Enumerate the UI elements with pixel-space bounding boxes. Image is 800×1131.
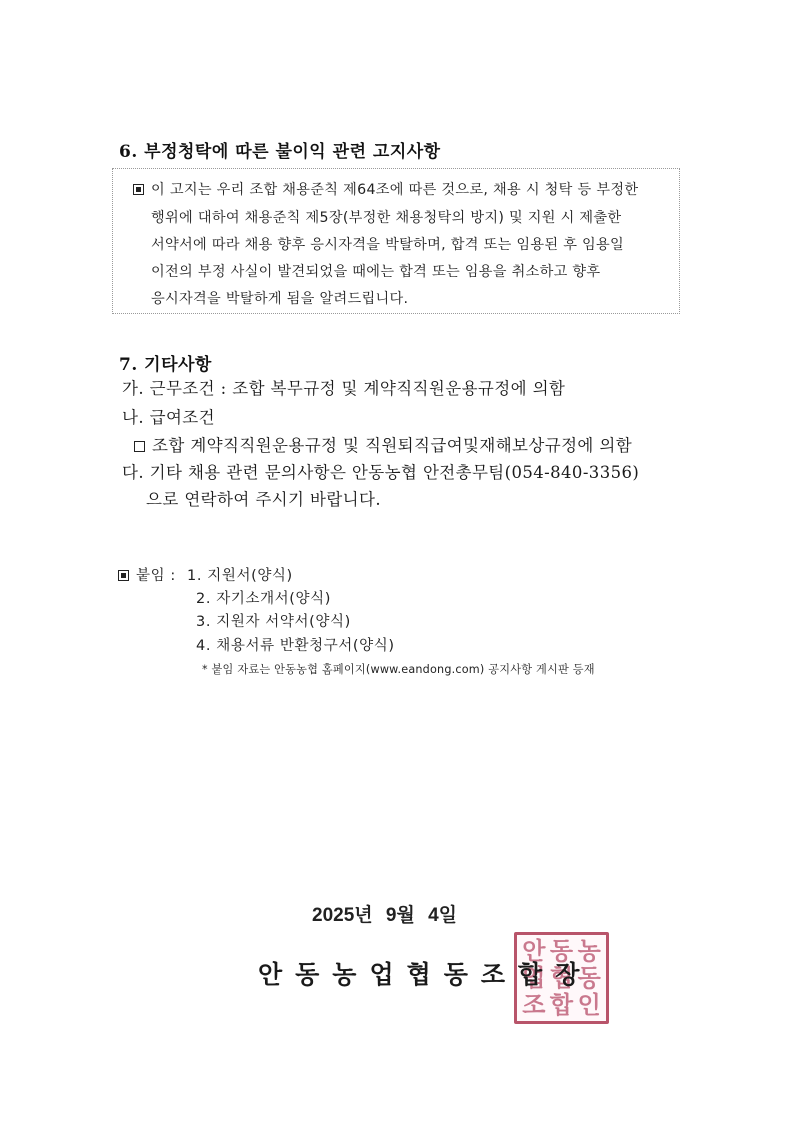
attachment-2: 2. 자기소개서(양식): [196, 587, 331, 608]
attachment-4: 4. 채용서류 반환청구서(양식): [196, 634, 395, 655]
item-da-cont: 으로 연락하여 주시기 바랍니다.: [146, 486, 381, 510]
section-7-title: 7. 기타사항: [119, 350, 212, 375]
notice-line-3: 서약서에 따라 채용 향후 응시자격을 박탈하며, 합격 또는 임용된 후 임용…: [151, 234, 624, 254]
filled-square-bullet-icon: [133, 184, 144, 195]
attachment-3: 3. 지원자 서약서(양식): [196, 610, 351, 631]
item-na: 나. 급여조건: [122, 404, 215, 428]
section-6-title: 6. 부정청탁에 따른 불이익 관련 고지사항: [119, 137, 441, 162]
attachments-note: * 붙임 자료는 안동농협 홈페이지(www.eandong.com) 공지사항…: [202, 661, 595, 677]
attachments-label: 붙임 :: [118, 564, 176, 585]
issue-date: 2025년 9월 4일: [312, 900, 457, 927]
document-page: 6. 부정청탁에 따른 불이익 관련 고지사항 이 고지는 우리 조합 채용준칙…: [0, 0, 800, 1131]
notice-box: 이 고지는 우리 조합 채용준칙 제64조에 따른 것으로, 채용 시 청탁 등…: [112, 168, 680, 314]
notice-line-5: 응시자격을 박탈하게 됨을 알려드립니다.: [151, 288, 408, 308]
item-na-detail: 조합 계약직직원운용규정 및 직원퇴직급여및재해보상규정에 의함: [134, 432, 632, 456]
notice-line-1: 이 고지는 우리 조합 채용준칙 제64조에 따른 것으로, 채용 시 청탁 등…: [133, 179, 638, 199]
filled-square-bullet-icon: [118, 570, 129, 581]
notice-line-2: 행위에 대하여 채용준칙 제5장(부정한 채용청탁의 방지) 및 지원 시 제출…: [151, 207, 621, 227]
empty-square-bullet-icon: [134, 441, 145, 452]
item-da: 다. 기타 채용 관련 문의사항은 안동농협 안전총무팀(054-840-335…: [122, 459, 639, 483]
attachment-1: 1. 지원서(양식): [187, 564, 293, 585]
item-ga: 가. 근무조건 : 조합 복무규정 및 계약직직원운용규정에 의함: [122, 375, 565, 399]
organization-name: 안동농업협동조합장: [258, 955, 592, 991]
notice-line-4: 이전의 부정 사실이 발견되었을 때에는 합격 또는 임용을 취소하고 향후: [151, 261, 600, 281]
